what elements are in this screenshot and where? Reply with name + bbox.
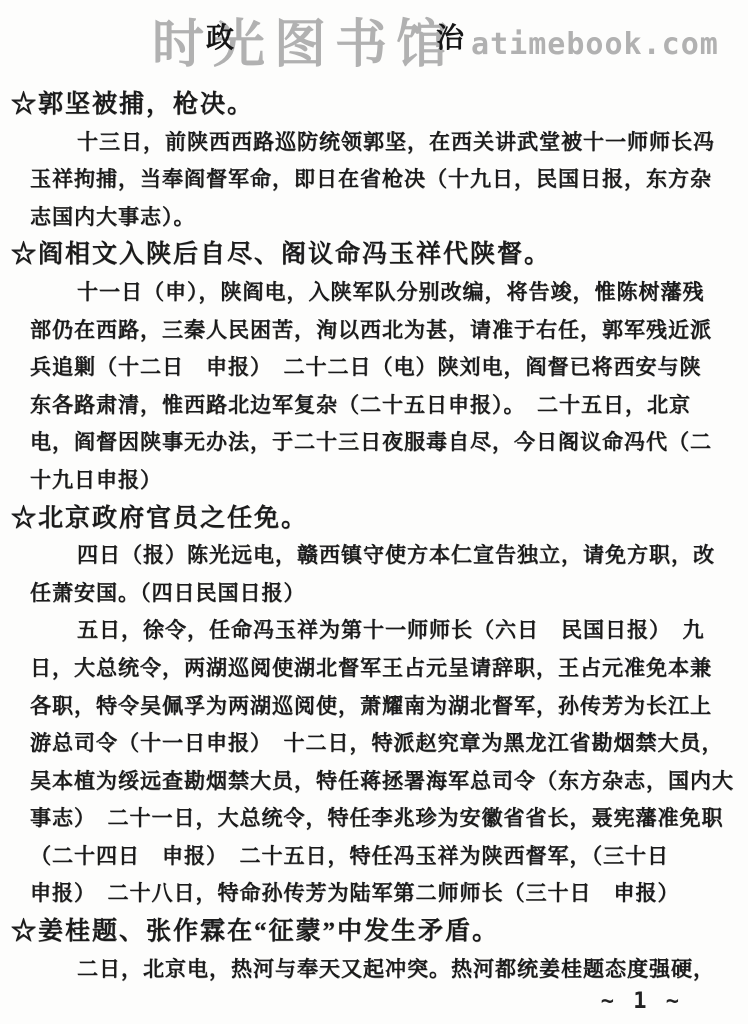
paragraph-line: 玉祥拘捕，当奉阎督军命，即日在省枪决（十九日，民国日报，东方杂 — [0, 161, 748, 199]
paragraph-line: 申报） 二十八日，特命孙传芳为陆军第二师师长（三十日 申报） — [0, 875, 748, 913]
paragraph-line: 志国内大事志）。 — [0, 199, 748, 237]
paragraph-line: 四日（报）陈光远电，赣西镇守使方本仁宣告独立，请免方职，改 — [0, 537, 748, 575]
paragraph-line: 游总司令（十一日申报） 十二日，特派赵究章为黑龙江省勘烟禁大员， — [0, 725, 748, 763]
paragraph-line: 二日，北京电，热河与奉天又起冲突。热河都统姜桂题态度强硬， — [0, 951, 748, 989]
paragraph-line: 五日，徐令，任命冯玉祥为第十一师师长（六日 民国日报） 九 — [0, 612, 748, 650]
section-heading: ☆姜桂题、张作霖在“征蒙”中发生矛盾。 — [0, 913, 748, 951]
paragraph-line: 日，大总统令，两湖巡阅使湖北督军王占元呈请辞职，王占元准免本兼 — [0, 650, 748, 688]
section-heading: ☆阎相文入陕后自尽、阁议命冯玉祥代陕督。 — [0, 236, 748, 274]
page-title-char-zheng: 政 — [206, 16, 234, 56]
paragraph-line: 吴本植为绥远查勘烟禁大员，特任蒋拯署海军总司令（东方杂志，国内大 — [0, 763, 748, 801]
paragraph-line: 十三日，前陕西西路巡防统领郭坚，在西关讲武堂被十一师师长冯 — [0, 124, 748, 162]
paragraph-line: 部仍在西路，三秦人民困苦，洵以西北为甚，请准于右任，郭军残近派 — [0, 312, 748, 350]
paragraph-line: （二十四日 申报） 二十五日，特任冯玉祥为陕西督军，（三十日 — [0, 838, 748, 876]
paragraph-line: 十九日申报） — [0, 462, 748, 500]
section-heading: ☆北京政府官员之任免。 — [0, 500, 748, 538]
paragraph-line: 东各路肃清，惟西路北边军复杂（二十五日申报）。 二十五日，北京 — [0, 387, 748, 425]
body-text: ☆郭坚被捕，枪决。十三日，前陕西西路巡防统领郭坚，在西关讲武堂被十一师师长冯玉祥… — [0, 86, 748, 988]
scanned-page: 时光图书馆atimebook.com 政 治 ☆郭坚被捕，枪决。十三日，前陕西西… — [0, 0, 748, 1024]
paragraph-line: 任萧安国。（四日民国日报） — [0, 575, 748, 613]
paragraph-line: 事志） 二十一日，大总统令，特任李兆珍为安徽省省长，聂宪藩准免职 — [0, 800, 748, 838]
section-heading: ☆郭坚被捕，枪决。 — [0, 86, 748, 124]
page-title-char-zhi: 治 — [436, 16, 464, 56]
watermark-library-name: 时光图书馆 — [152, 16, 457, 74]
paragraph-line: 兵追剿（十二日 申报） 二十二日（电）陕刘电，阎督已将西安与陕 — [0, 349, 748, 387]
page-number: ~ 1 ~ — [0, 989, 748, 1014]
paragraph-line: 十一日（申），陕阎电，入陕军队分别改编，将告竣，惟陈树藩残 — [0, 274, 748, 312]
watermark-site-url: atimebook.com — [471, 27, 719, 62]
paragraph-line: 各职，特令吴佩孚为两湖巡阅使，萧耀南为湖北督军，孙传芳为长江上 — [0, 688, 748, 726]
paragraph-line: 电，阎督因陕事无办法，于二十三日夜服毒自尽，今日阁议命冯代（二 — [0, 424, 748, 462]
